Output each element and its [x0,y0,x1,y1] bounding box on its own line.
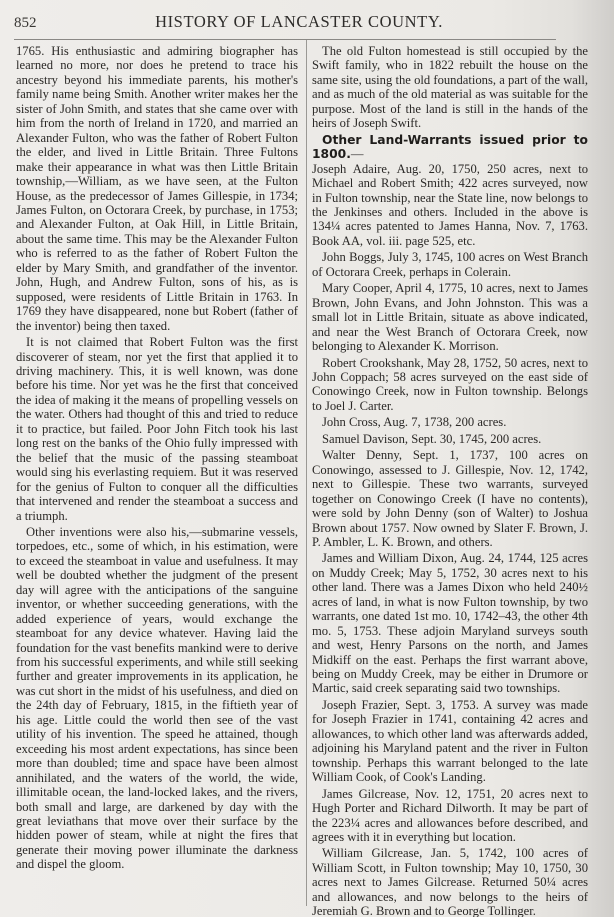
section-heading-paragraph: Other Land-Warrants issued prior to 1800… [312,133,588,162]
heading-dash: — [351,147,364,161]
land-warrant-entry: Robert Crookshank, May 28, 1752, 50 acre… [312,356,588,414]
header-rule [14,39,556,40]
land-warrant-entry: James Gilcrease, Nov. 12, 1751, 20 acres… [312,787,588,845]
column-divider [306,40,307,906]
page-header: 852 HISTORY OF LANCASTER COUNTY. [14,12,594,34]
left-column: 1765. His enthusiastic and admiring biog… [16,44,298,872]
land-warrant-entry: Samuel Davison, Sept. 30, 1745, 200 acre… [312,432,588,446]
paragraph: The old Fulton homestead is still occupi… [312,44,588,131]
land-warrant-entry: James and William Dixon, Aug. 24, 1744, … [312,551,588,696]
land-warrant-entry: Joseph Frazier, Sept. 3, 1753. A survey … [312,698,588,785]
paragraph: It is not claimed that Robert Fulton was… [16,335,298,523]
land-warrant-entry: Joseph Adaire, Aug. 20, 1750, 250 acres,… [312,162,588,249]
right-column: The old Fulton homestead is still occupi… [312,44,588,917]
paragraph: 1765. His enthusiastic and admiring biog… [16,44,298,333]
paragraph: Other inventions were also his,—submarin… [16,525,298,872]
running-title: HISTORY OF LANCASTER COUNTY. [14,12,584,32]
land-warrant-entry: Walter Denny, Sept. 1, 1737, 100 acres o… [312,448,588,549]
land-warrant-entry: Mary Cooper, April 4, 1775, 10 acres, ne… [312,281,588,353]
land-warrant-entry: John Cross, Aug. 7, 1738, 200 acres. [312,415,588,429]
land-warrant-entry: John Boggs, July 3, 1745, 100 acres on W… [312,250,588,279]
book-page: 852 HISTORY OF LANCASTER COUNTY. 1765. H… [0,0,614,917]
land-warrant-entry: William Gilcrease, Jan. 5, 1742, 100 acr… [312,846,588,917]
